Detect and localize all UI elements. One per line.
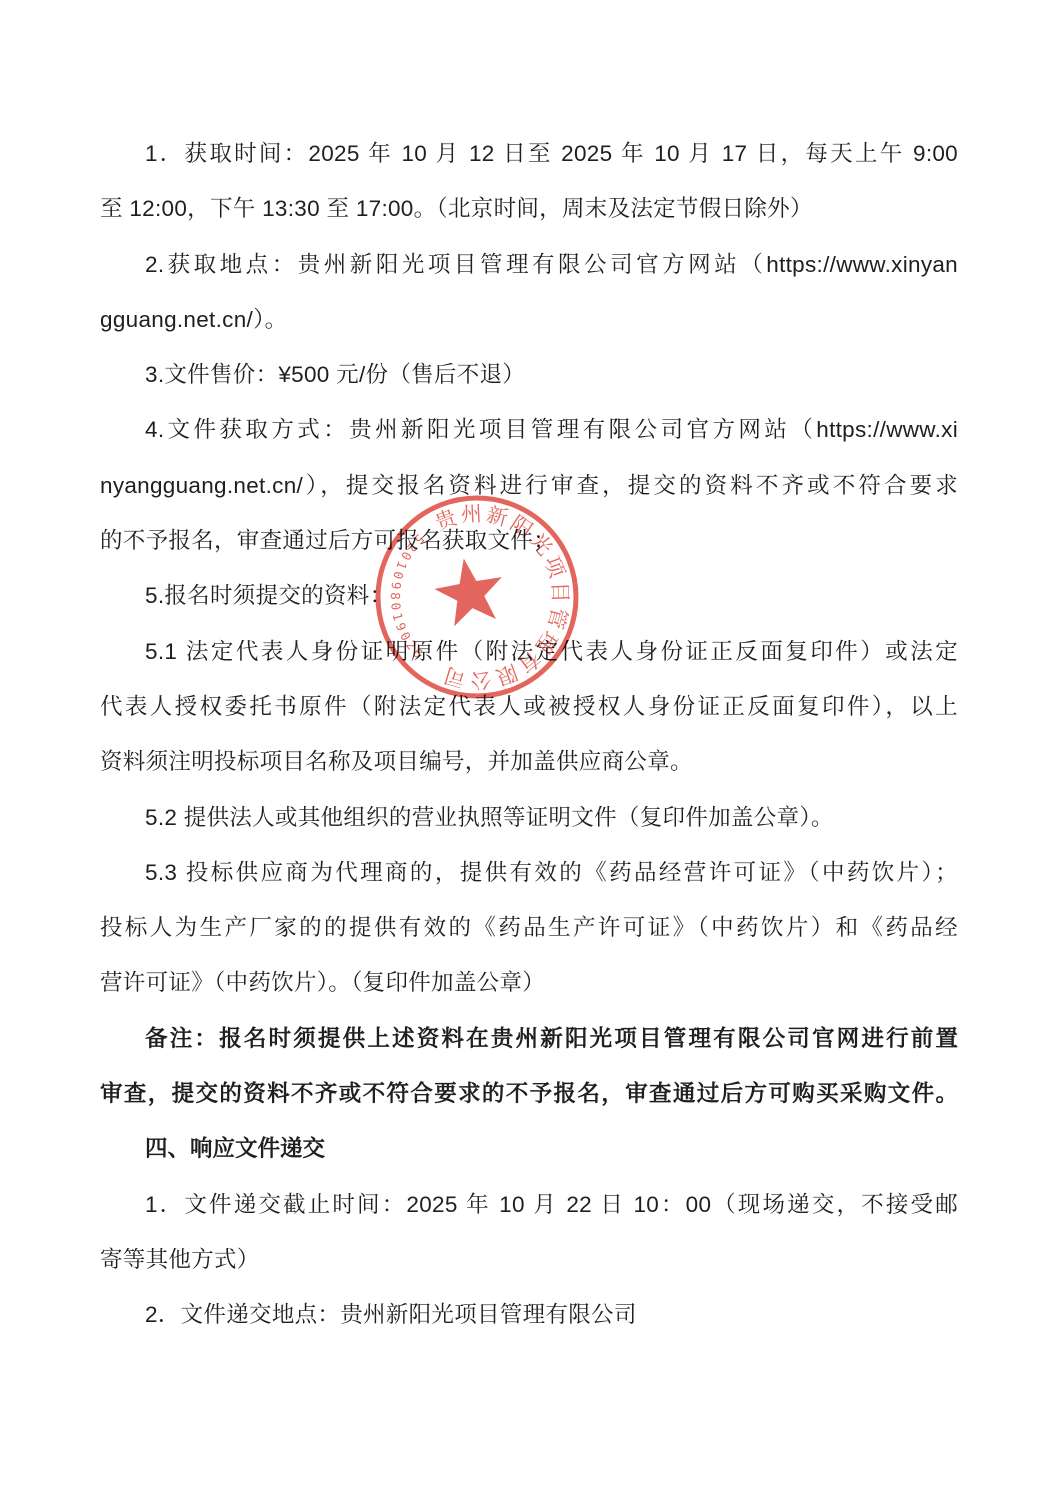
document-note-line: 审查，提交的资料不齐或不符合要求的不予报名，审查通过后方可购买采购文件。 bbox=[100, 1066, 958, 1121]
document-line: 的不予报名，审查通过后方可报名获取文件； bbox=[100, 513, 958, 568]
document-line: 寄等其他方式） bbox=[100, 1232, 958, 1287]
document-line: 投标人为生产厂家的的提供有效的《药品生产许可证》（中药饮片）和《药品经 bbox=[100, 900, 958, 955]
document-line: 3.文件售价：¥500 元/份（售后不退） bbox=[100, 347, 958, 402]
document-line: 5.报名时须提交的资料： bbox=[100, 568, 958, 623]
document-line: 资料须注明投标项目名称及项目编号，并加盖供应商公章。 bbox=[100, 734, 958, 789]
document-line: nyangguang.net.cn/），提交报名资料进行审查，提交的资料不齐或不… bbox=[100, 458, 958, 513]
document-line: 1．获取时间：2025 年 10 月 12 日至 2025 年 10 月 17 … bbox=[100, 126, 958, 181]
document-note-line: 备注：报名时须提供上述资料在贵州新阳光项目管理有限公司官网进行前置 bbox=[100, 1011, 958, 1066]
document-text-block: 1．获取时间：2025 年 10 月 12 日至 2025 年 10 月 17 … bbox=[100, 126, 958, 1343]
document-line: 2．文件递交地点：贵州新阳光项目管理有限公司 bbox=[100, 1287, 958, 1342]
document-line: 5.3 投标供应商为代理商的，提供有效的《药品经营许可证》（中药饮片）； bbox=[100, 845, 958, 900]
document-line: 4.文件获取方式：贵州新阳光项目管理有限公司官方网站（https://www.x… bbox=[100, 402, 958, 457]
document-line: 1．文件递交截止时间：2025 年 10 月 22 日 10：00（现场递交，不… bbox=[100, 1177, 958, 1232]
document-line: 至 12:00，下午 13:30 至 17:00。（北京时间，周末及法定节假日除… bbox=[100, 181, 958, 236]
document-line: 2.获取地点：贵州新阳光项目管理有限公司官方网站（https://www.xin… bbox=[100, 237, 958, 292]
document-line: 5.2 提供法人或其他组织的营业执照等证明文件（复印件加盖公章）。 bbox=[100, 790, 958, 845]
document-line: 5.1 法定代表人身份证明原件（附法定代表人身份证正反面复印件）或法定 bbox=[100, 624, 958, 679]
section-heading: 四、响应文件递交 bbox=[100, 1121, 958, 1176]
document-line: 营许可证》（中药饮片）。（复印件加盖公章） bbox=[100, 955, 958, 1010]
document-line: gguang.net.cn/）。 bbox=[100, 292, 958, 347]
document-line: 代表人授权委托书原件（附法定代表人或被授权人身份证正反面复印件），以上 bbox=[100, 679, 958, 734]
document-page: 1．获取时间：2025 年 10 月 12 日至 2025 年 10 月 17 … bbox=[0, 0, 1057, 1496]
